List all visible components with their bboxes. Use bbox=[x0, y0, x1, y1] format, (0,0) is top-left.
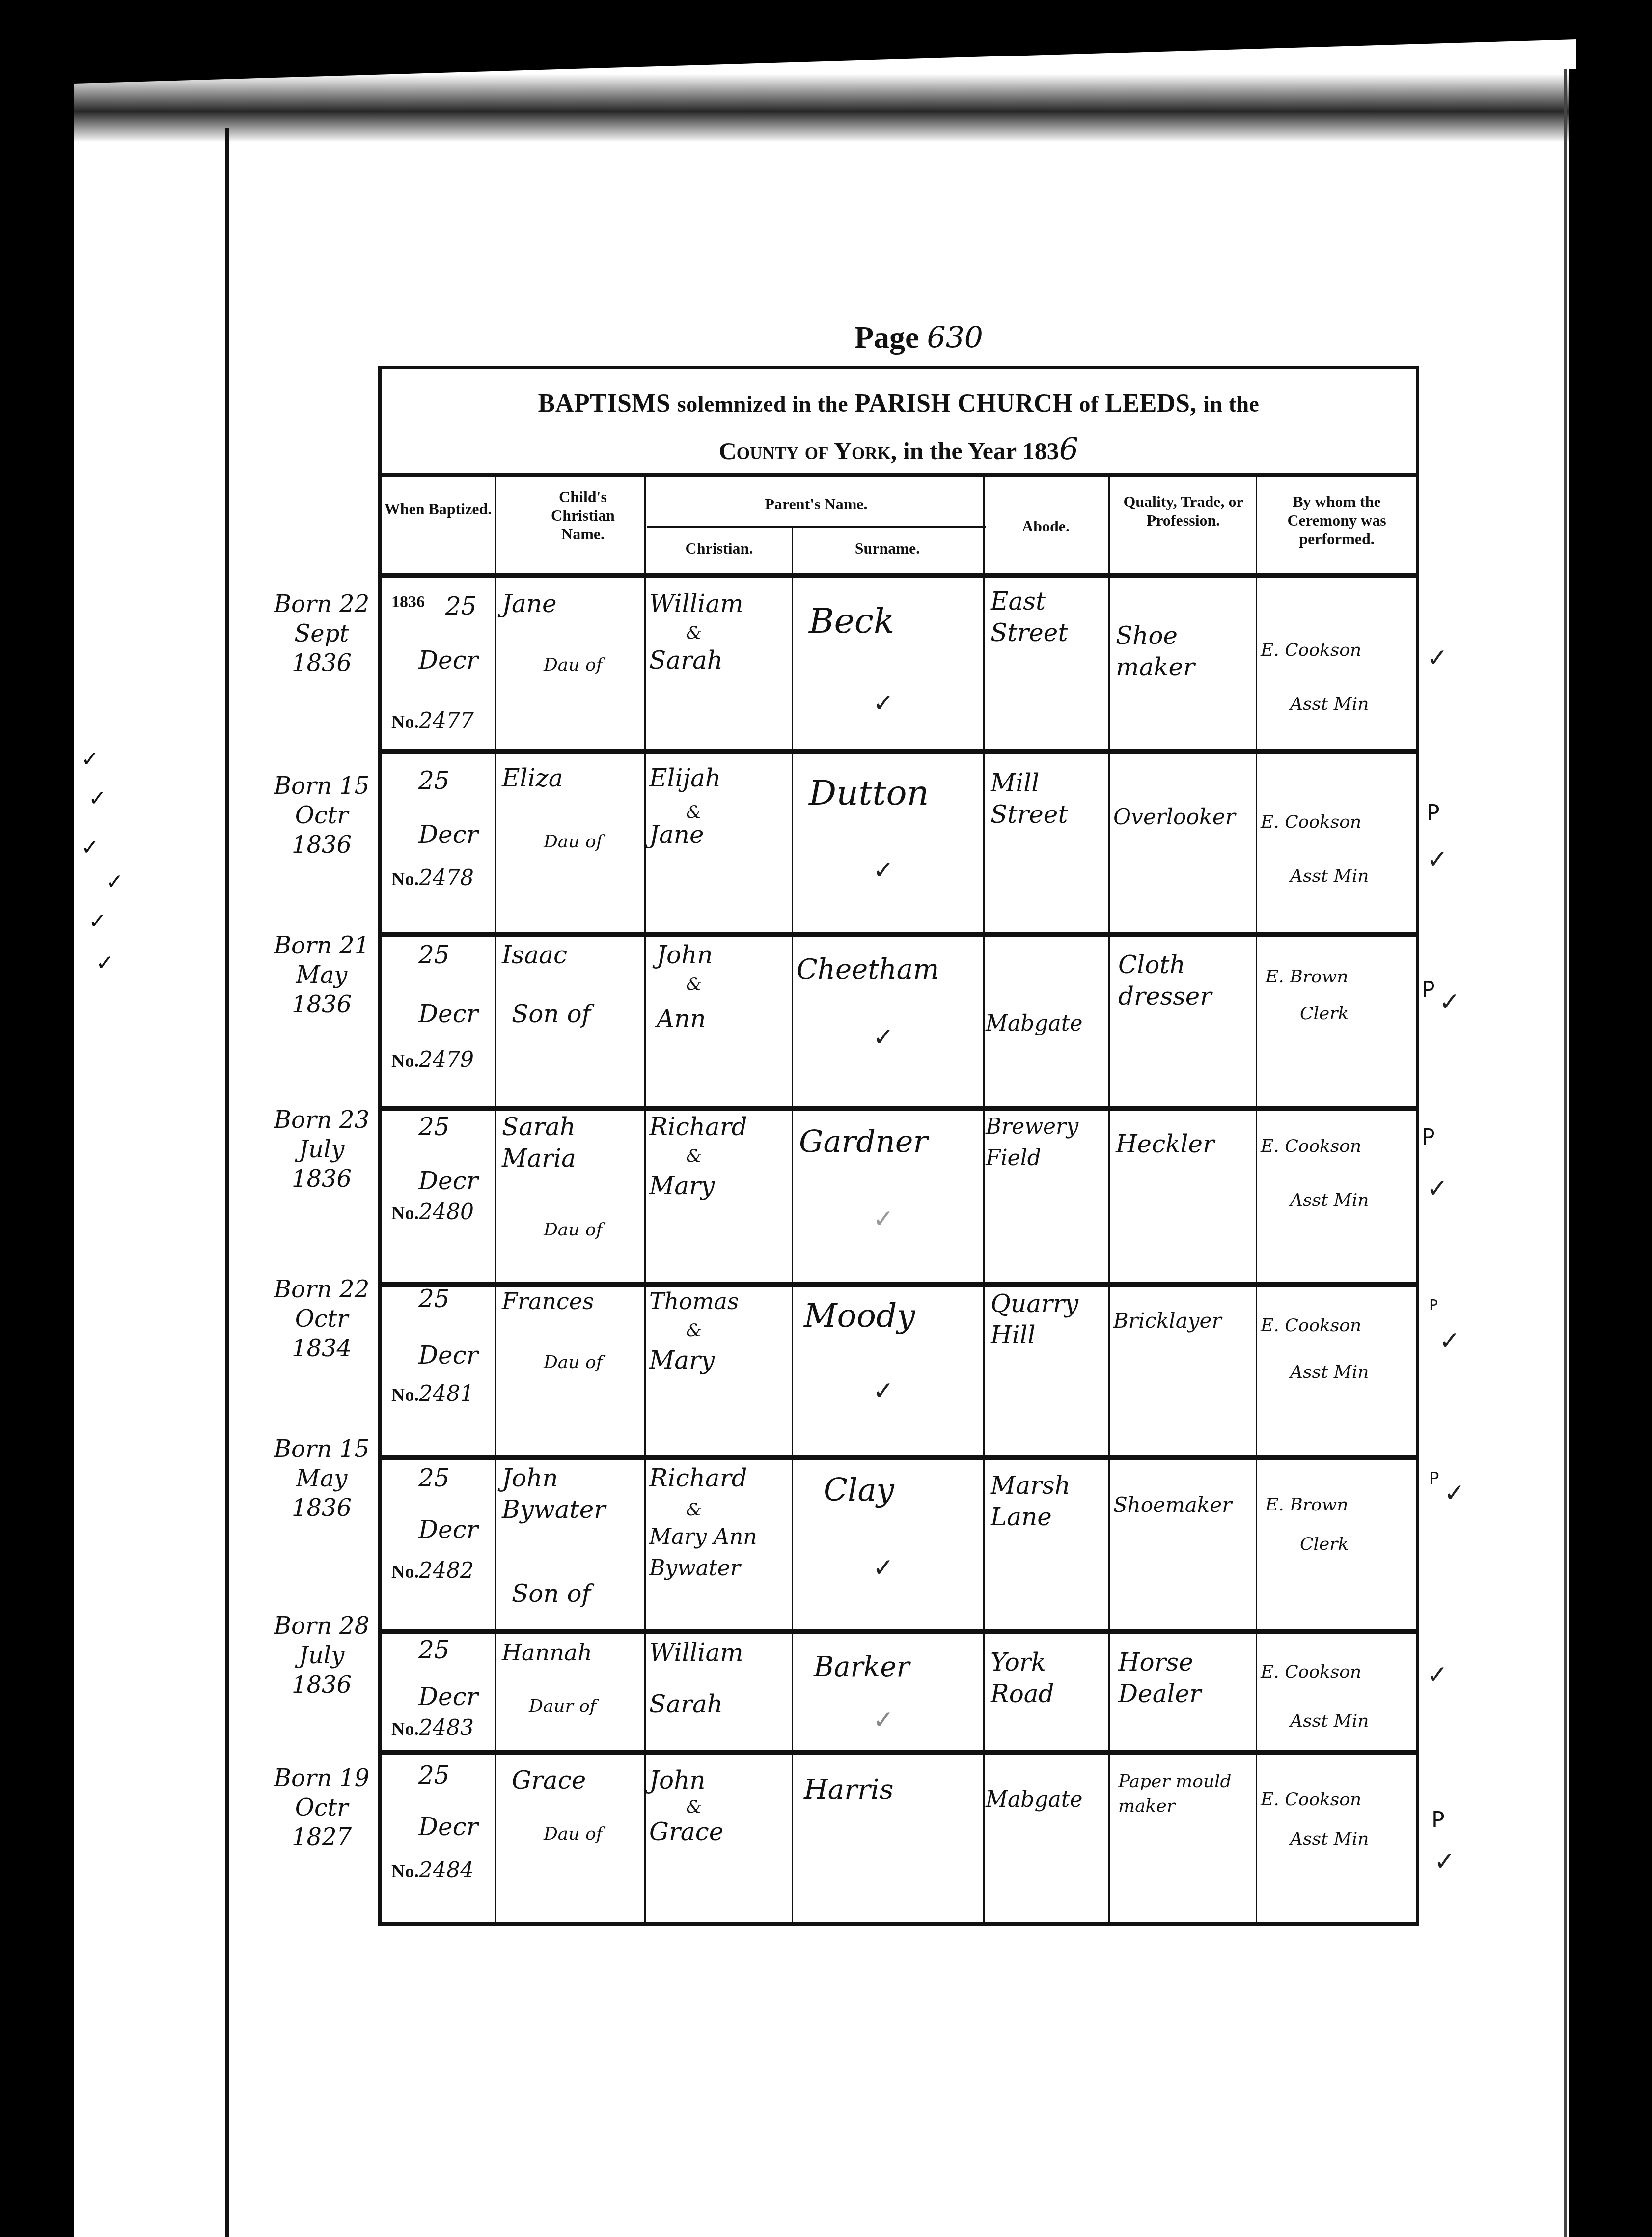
mother-name: Mary bbox=[649, 1170, 715, 1202]
surname: Clay bbox=[824, 1475, 894, 1506]
father-name: William bbox=[649, 1637, 743, 1668]
father-name: Richard bbox=[649, 1462, 747, 1494]
mother-name: Grace bbox=[649, 1816, 723, 1847]
column-header-abode: Abode. bbox=[983, 517, 1108, 535]
born-note: Born 15 Octr 1836 bbox=[273, 771, 371, 860]
abode: Mabgate bbox=[986, 1784, 1083, 1816]
mother-name: Sarah bbox=[649, 644, 723, 676]
entry-number: No.2482 bbox=[391, 1558, 474, 1583]
officiant-title: Asst Min bbox=[1290, 1357, 1369, 1388]
entry-month: Decr bbox=[418, 1340, 478, 1371]
child-relation: Dau of bbox=[544, 1214, 603, 1246]
column-divider bbox=[644, 475, 646, 1924]
right-margin-check-icon: ✓ bbox=[1427, 1660, 1448, 1690]
officiant-title: Asst Min bbox=[1290, 1706, 1369, 1737]
entry-day: 25 bbox=[445, 590, 477, 622]
child-name: Sarah Maria bbox=[502, 1111, 639, 1174]
parents-subheader-rule bbox=[647, 526, 986, 528]
entry-number: No.2481 bbox=[391, 1381, 474, 1406]
abode: East Street bbox=[991, 586, 1103, 648]
surname: Beck bbox=[809, 605, 895, 637]
entry-day: 25 bbox=[418, 1111, 450, 1143]
column-header-parents-name: Parent's Name. bbox=[647, 495, 986, 513]
officiant-name: E. Brown bbox=[1266, 1489, 1349, 1521]
born-note: Born 22 Sept 1836 bbox=[273, 589, 371, 678]
and-sign: & bbox=[686, 1141, 702, 1172]
entry-month: Decr bbox=[418, 644, 478, 676]
officiant-title: Clerk bbox=[1300, 998, 1349, 1030]
abode: Quarry Hill bbox=[991, 1288, 1103, 1351]
surname: Moody bbox=[804, 1300, 915, 1332]
title-solemnized: solemnized in the bbox=[677, 391, 848, 417]
column-header-officiant: By whom the Ceremony was performed. bbox=[1261, 492, 1413, 548]
child-name: Isaac bbox=[502, 939, 567, 971]
trade: Paper mould maker bbox=[1118, 1769, 1251, 1818]
title-baptisms: BAPTISMS bbox=[538, 390, 671, 418]
left-margin-check-icon: ✓ bbox=[81, 747, 99, 772]
officiant-title: Asst Min bbox=[1290, 1823, 1369, 1855]
page-number-value: 630 bbox=[927, 321, 984, 355]
title-of: of bbox=[1079, 391, 1098, 417]
row-divider bbox=[382, 749, 1416, 754]
mother-name: Ann bbox=[657, 1003, 706, 1035]
right-margin-check-icon: ✓ bbox=[1427, 1174, 1448, 1203]
title-parish-church: PARISH CHURCH bbox=[855, 390, 1073, 418]
child-name: Grace bbox=[512, 1764, 586, 1796]
entry-day: 25 bbox=[418, 1760, 450, 1791]
row-divider bbox=[382, 1750, 1416, 1755]
trade: Overlooker bbox=[1113, 802, 1236, 833]
surname-check-icon: ✓ bbox=[873, 856, 894, 885]
surname-check-icon: ✓ bbox=[873, 1553, 894, 1583]
child-relation: Dau of bbox=[544, 1347, 603, 1378]
officiant-name: E. Cookson bbox=[1261, 635, 1361, 666]
father-name: William bbox=[649, 588, 743, 619]
right-margin-p-mark: P bbox=[1422, 978, 1435, 1003]
page-right-edge-line bbox=[1564, 69, 1567, 2237]
right-margin-check-icon: ✓ bbox=[1439, 987, 1460, 1017]
column-header-parents-surname: Surname. bbox=[792, 539, 983, 558]
surname-check-icon: ✓ bbox=[873, 1204, 894, 1234]
officiant-title: Clerk bbox=[1300, 1529, 1349, 1560]
child-name: John Bywater bbox=[502, 1462, 639, 1525]
officiant-name: E. Cookson bbox=[1261, 1310, 1361, 1342]
title-year-handwritten: 6 bbox=[1059, 431, 1078, 467]
entry-day: 25 bbox=[418, 1634, 450, 1666]
abode: Marsh Lane bbox=[991, 1470, 1103, 1533]
entry-day: 25 bbox=[418, 939, 450, 971]
officiant-name: E. Cookson bbox=[1261, 807, 1361, 838]
column-divider bbox=[792, 527, 793, 1924]
born-note: Born 28 July 1836 bbox=[273, 1611, 371, 1700]
surname-check-icon: ✓ bbox=[873, 689, 894, 718]
right-margin-p-mark: P bbox=[1427, 801, 1440, 826]
entry-year: 1836 bbox=[391, 593, 425, 612]
surname-check-icon: ✓ bbox=[873, 1376, 894, 1406]
surname-check-icon: ✓ bbox=[873, 1023, 894, 1052]
trade: Heckler bbox=[1116, 1128, 1214, 1160]
child-relation: Daur of bbox=[529, 1691, 596, 1722]
right-margin-check-icon: ✓ bbox=[1427, 643, 1448, 673]
abode: York Road bbox=[991, 1647, 1103, 1709]
scan-right-border bbox=[1569, 69, 1652, 2237]
father-name: Richard bbox=[649, 1111, 747, 1143]
row-divider bbox=[382, 1106, 1416, 1111]
father-name: Thomas bbox=[649, 1286, 739, 1317]
surname: Barker bbox=[814, 1651, 909, 1683]
right-margin-check-icon: ✓ bbox=[1427, 845, 1448, 874]
right-margin-p-mark: P bbox=[1432, 1808, 1445, 1833]
left-margin-check-icon: ✓ bbox=[106, 869, 124, 895]
entry-month: Decr bbox=[418, 998, 478, 1030]
surname-check-icon: ✓ bbox=[873, 1706, 894, 1735]
born-note: Born 19 Octr 1827 bbox=[273, 1763, 371, 1852]
baptism-register-table: BAPTISMS solemnized in the PARISH CHURCH… bbox=[378, 366, 1419, 1926]
officiant-name: E. Cookson bbox=[1261, 1131, 1361, 1162]
column-header-when-baptized: When Baptized. bbox=[382, 500, 495, 518]
child-relation: Dau of bbox=[544, 826, 603, 858]
father-name: Elijah bbox=[649, 762, 721, 794]
left-margin-check-icon: ✓ bbox=[88, 909, 107, 934]
column-header-parents-christian: Christian. bbox=[647, 539, 792, 558]
title-year-prefix: in the Year 183 bbox=[903, 437, 1059, 465]
trade: Cloth dresser bbox=[1118, 949, 1251, 1012]
and-sign: & bbox=[686, 1315, 702, 1346]
trade: Horse Dealer bbox=[1118, 1647, 1251, 1709]
column-header-trade: Quality, Trade, or Profession. bbox=[1111, 492, 1256, 530]
surname: Cheetham bbox=[797, 954, 939, 985]
child-relation: Son of bbox=[512, 998, 591, 1030]
officiant-title: Asst Min bbox=[1290, 861, 1369, 892]
column-divider bbox=[1256, 475, 1257, 1924]
entry-number: No.2484 bbox=[391, 1858, 474, 1883]
row-divider bbox=[382, 932, 1416, 937]
father-name: John bbox=[657, 939, 713, 971]
page-label: Page bbox=[854, 320, 919, 355]
officiant-name: E. Brown bbox=[1266, 961, 1349, 993]
left-margin-check-icon: ✓ bbox=[81, 835, 99, 860]
column-header-child-name: Child's Christian Name. bbox=[539, 487, 627, 543]
officiant-title: Asst Min bbox=[1290, 689, 1369, 720]
child-name: Jane bbox=[502, 588, 557, 619]
entry-day: 25 bbox=[418, 1283, 450, 1314]
entry-month: Decr bbox=[418, 819, 478, 850]
mother-name: Sarah bbox=[649, 1688, 723, 1720]
register-title: BAPTISMS solemnized in the PARISH CHURCH… bbox=[382, 369, 1416, 473]
child-relation: Dau of bbox=[544, 1818, 603, 1850]
left-margin-check-icon: ✓ bbox=[88, 786, 107, 811]
mother-name: Jane bbox=[649, 819, 704, 850]
column-divider bbox=[983, 475, 985, 1924]
right-margin-check-icon: ✓ bbox=[1444, 1479, 1465, 1508]
entry-number: No.2478 bbox=[391, 866, 474, 891]
born-note: Born 23 July 1836 bbox=[273, 1105, 371, 1194]
entry-day: 25 bbox=[418, 765, 450, 796]
surname: Dutton bbox=[809, 777, 929, 809]
entry-month: Decr bbox=[418, 1811, 478, 1843]
right-margin-p-mark: P bbox=[1422, 1125, 1435, 1150]
and-sign: & bbox=[686, 969, 702, 1000]
right-margin-p-mark: P bbox=[1429, 1297, 1438, 1314]
binding-margin-line bbox=[225, 128, 229, 2237]
trade: Bricklayer bbox=[1113, 1305, 1221, 1337]
left-margin-check-icon: ✓ bbox=[96, 951, 114, 976]
row-divider bbox=[382, 1455, 1416, 1460]
officiant-title: Asst Min bbox=[1290, 1185, 1369, 1216]
right-margin-p-mark: P bbox=[1429, 1469, 1439, 1488]
entry-number: No.2477 bbox=[391, 708, 474, 733]
child-name: Hannah bbox=[502, 1637, 592, 1668]
trade: Shoe maker bbox=[1116, 620, 1253, 683]
officiant-name: E. Cookson bbox=[1261, 1656, 1361, 1688]
officiant-name: E. Cookson bbox=[1261, 1784, 1361, 1816]
row-divider bbox=[382, 1629, 1416, 1634]
title-county: County of York, bbox=[719, 437, 897, 465]
title-leeds: LEEDS, bbox=[1105, 390, 1197, 418]
entry-day: 25 bbox=[418, 1462, 450, 1494]
title-line-2: County of York, in the Year 1836 bbox=[382, 431, 1416, 467]
entry-month: Decr bbox=[418, 1681, 478, 1712]
born-note: Born 15 May 1836 bbox=[273, 1434, 371, 1523]
header-top-rule bbox=[382, 473, 1416, 477]
entry-number: No.2480 bbox=[391, 1200, 474, 1225]
child-name: Eliza bbox=[502, 762, 563, 794]
entry-month: Decr bbox=[418, 1514, 478, 1545]
entry-number: No.2483 bbox=[391, 1715, 474, 1740]
surname: Harris bbox=[804, 1774, 893, 1806]
header-bottom-rule bbox=[382, 573, 1416, 578]
page-top-shadow bbox=[74, 74, 1576, 142]
title-line-1: BAPTISMS solemnized in the PARISH CHURCH… bbox=[382, 389, 1416, 418]
trade: Shoemaker bbox=[1113, 1489, 1232, 1521]
right-margin-check-icon: ✓ bbox=[1434, 1847, 1456, 1876]
right-margin-check-icon: ✓ bbox=[1439, 1326, 1460, 1356]
born-note: Born 22 Octr 1834 bbox=[273, 1275, 371, 1363]
mother-name: Mary Ann Bywater bbox=[649, 1521, 816, 1584]
column-divider bbox=[495, 475, 496, 1924]
child-name: Frances bbox=[502, 1286, 594, 1317]
child-relation: Son of bbox=[512, 1578, 591, 1609]
entry-month: Decr bbox=[418, 1165, 478, 1197]
surname: Gardner bbox=[799, 1126, 928, 1157]
abode: Mill Street bbox=[991, 767, 1103, 830]
entry-number: No.2479 bbox=[391, 1047, 474, 1072]
column-divider bbox=[1108, 475, 1110, 1924]
born-note: Born 21 May 1836 bbox=[273, 931, 371, 1019]
page-number: Page 630 bbox=[854, 319, 983, 356]
mother-name: Mary bbox=[649, 1344, 715, 1376]
abode: Brewery Field bbox=[986, 1111, 1108, 1174]
abode: Mabgate bbox=[986, 1008, 1083, 1039]
child-relation: Dau of bbox=[544, 649, 603, 681]
title-in-the: in the bbox=[1203, 391, 1259, 417]
